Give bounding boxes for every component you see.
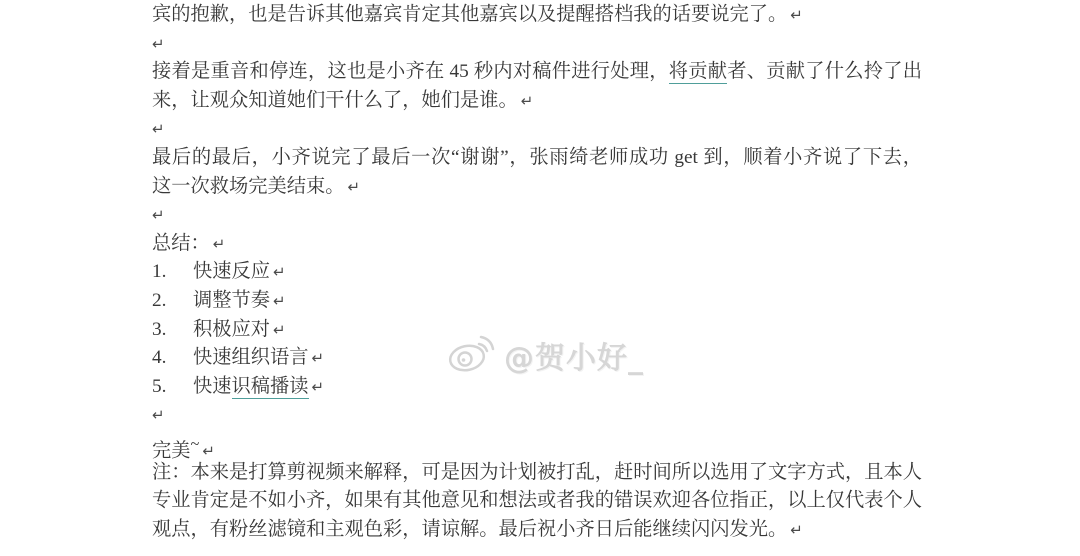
empty-line: ↵ (152, 401, 922, 430)
paragraph-mark: ↵ (213, 235, 226, 253)
paragraph-mark: ↵ (521, 92, 534, 110)
text-run: 观点，有粉丝滤镜和主观色彩，请谅解。最后祝小齐日后能继续闪闪发光。 (152, 519, 787, 540)
empty-line: ↵ (152, 201, 922, 230)
paragraph-mark: ↵ (312, 378, 325, 396)
paragraph-mark: ↵ (790, 6, 803, 24)
text-run: 快速 (193, 376, 232, 397)
list-number: 2. (152, 287, 193, 316)
text-line: 4.快速组织语言↵ (152, 344, 922, 373)
list-number: 4. (152, 344, 193, 373)
text-line: 2.调整节奏↵ (152, 287, 922, 316)
paragraph-mark: ↵ (152, 406, 165, 424)
paragraph-mark: ↵ (348, 178, 361, 196)
paragraph-mark: ↵ (273, 292, 286, 310)
paragraph-mark: ↵ (312, 349, 325, 367)
list-number: 3. (152, 316, 193, 345)
text-line: 3.积极应对↵ (152, 316, 922, 345)
empty-line: ↵ (152, 30, 922, 59)
text-line: 注：本来是打算剪视频来解释，可是因为计划被打乱，赶时间所以选用了文字方式，且本人 (152, 459, 922, 488)
paragraph-mark: ↵ (202, 442, 215, 460)
paragraph-mark: ↵ (273, 321, 286, 339)
text-line: 5.快速识稿播读↵ (152, 373, 922, 402)
text-line: 1.快速反应↵ (152, 258, 922, 287)
underlined-text: 识稿播读 (232, 376, 309, 399)
text-run: ~ (191, 434, 200, 453)
paragraph-mark: ↵ (273, 263, 286, 281)
text-run: 注：本来是打算剪视频来解释，可是因为计划被打乱，赶时间所以选用了文字方式，且本人 (152, 462, 922, 483)
paragraph-mark: ↵ (152, 120, 165, 138)
document-page: 宾的抱歉，也是告诉其他嘉宾肯定其他嘉宾以及提醒搭档我的话要说完了。↵↵接着是重音… (152, 1, 922, 544)
list-number: 1. (152, 258, 193, 287)
text-line: 完美~↵ (152, 430, 922, 459)
text-run: 调整节奏 (193, 290, 270, 311)
text-line: 宾的抱歉，也是告诉其他嘉宾肯定其他嘉宾以及提醒搭档我的话要说完了。↵ (152, 1, 922, 30)
list-number: 5. (152, 373, 193, 402)
paragraph-mark: ↵ (152, 35, 165, 53)
text-line: 来，让观众知道她们干什么了，她们是谁。↵ (152, 87, 922, 116)
document-body: 宾的抱歉，也是告诉其他嘉宾肯定其他嘉宾以及提醒搭档我的话要说完了。↵↵接着是重音… (152, 1, 922, 544)
text-run: 总结： (152, 233, 210, 254)
text-line: 观点，有粉丝滤镜和主观色彩，请谅解。最后祝小齐日后能继续闪闪发光。↵ (152, 516, 922, 545)
text-run: 专业肯定是不如小齐，如果有其他意见和想法或者我的错误欢迎各位指正，以上仅代表个人 (152, 490, 922, 511)
paragraph-mark: ↵ (152, 206, 165, 224)
text-line: 专业肯定是不如小齐，如果有其他意见和想法或者我的错误欢迎各位指正，以上仅代表个人 (152, 487, 922, 516)
paragraph-mark: ↵ (790, 521, 803, 539)
text-run: 这一次救场完美结束。 (152, 176, 345, 197)
text-line: 最后的最后，小齐说完了最后一次“谢谢”，张雨绮老师成功 get 到，顺着小齐说了… (152, 144, 922, 173)
text-line: 总结：↵ (152, 230, 922, 259)
text-line: 这一次救场完美结束。↵ (152, 173, 922, 202)
text-run: 快速组织语言 (193, 347, 309, 368)
empty-line: ↵ (152, 115, 922, 144)
underlined-text: 将贡献 (669, 61, 728, 84)
text-run: 宾的抱歉，也是告诉其他嘉宾肯定其他嘉宾以及提醒搭档我的话要说完了。 (152, 4, 787, 25)
text-run: 接着是重音和停连，这也是小齐在 45 秒内对稿件进行处理， (152, 61, 669, 82)
text-run: 来，让观众知道她们干什么了，她们是谁。 (152, 90, 518, 111)
text-run: 最后的最后，小齐说完了最后一次“谢谢”，张雨绮老师成功 get 到，顺着小齐说了… (152, 147, 922, 168)
text-run: 快速反应 (193, 261, 270, 282)
text-run: 者、贡献了什么拎了出 (727, 61, 922, 82)
text-line: 接着是重音和停连，这也是小齐在 45 秒内对稿件进行处理，将贡献者、贡献了什么拎… (152, 58, 922, 87)
text-run: 积极应对 (193, 319, 270, 340)
